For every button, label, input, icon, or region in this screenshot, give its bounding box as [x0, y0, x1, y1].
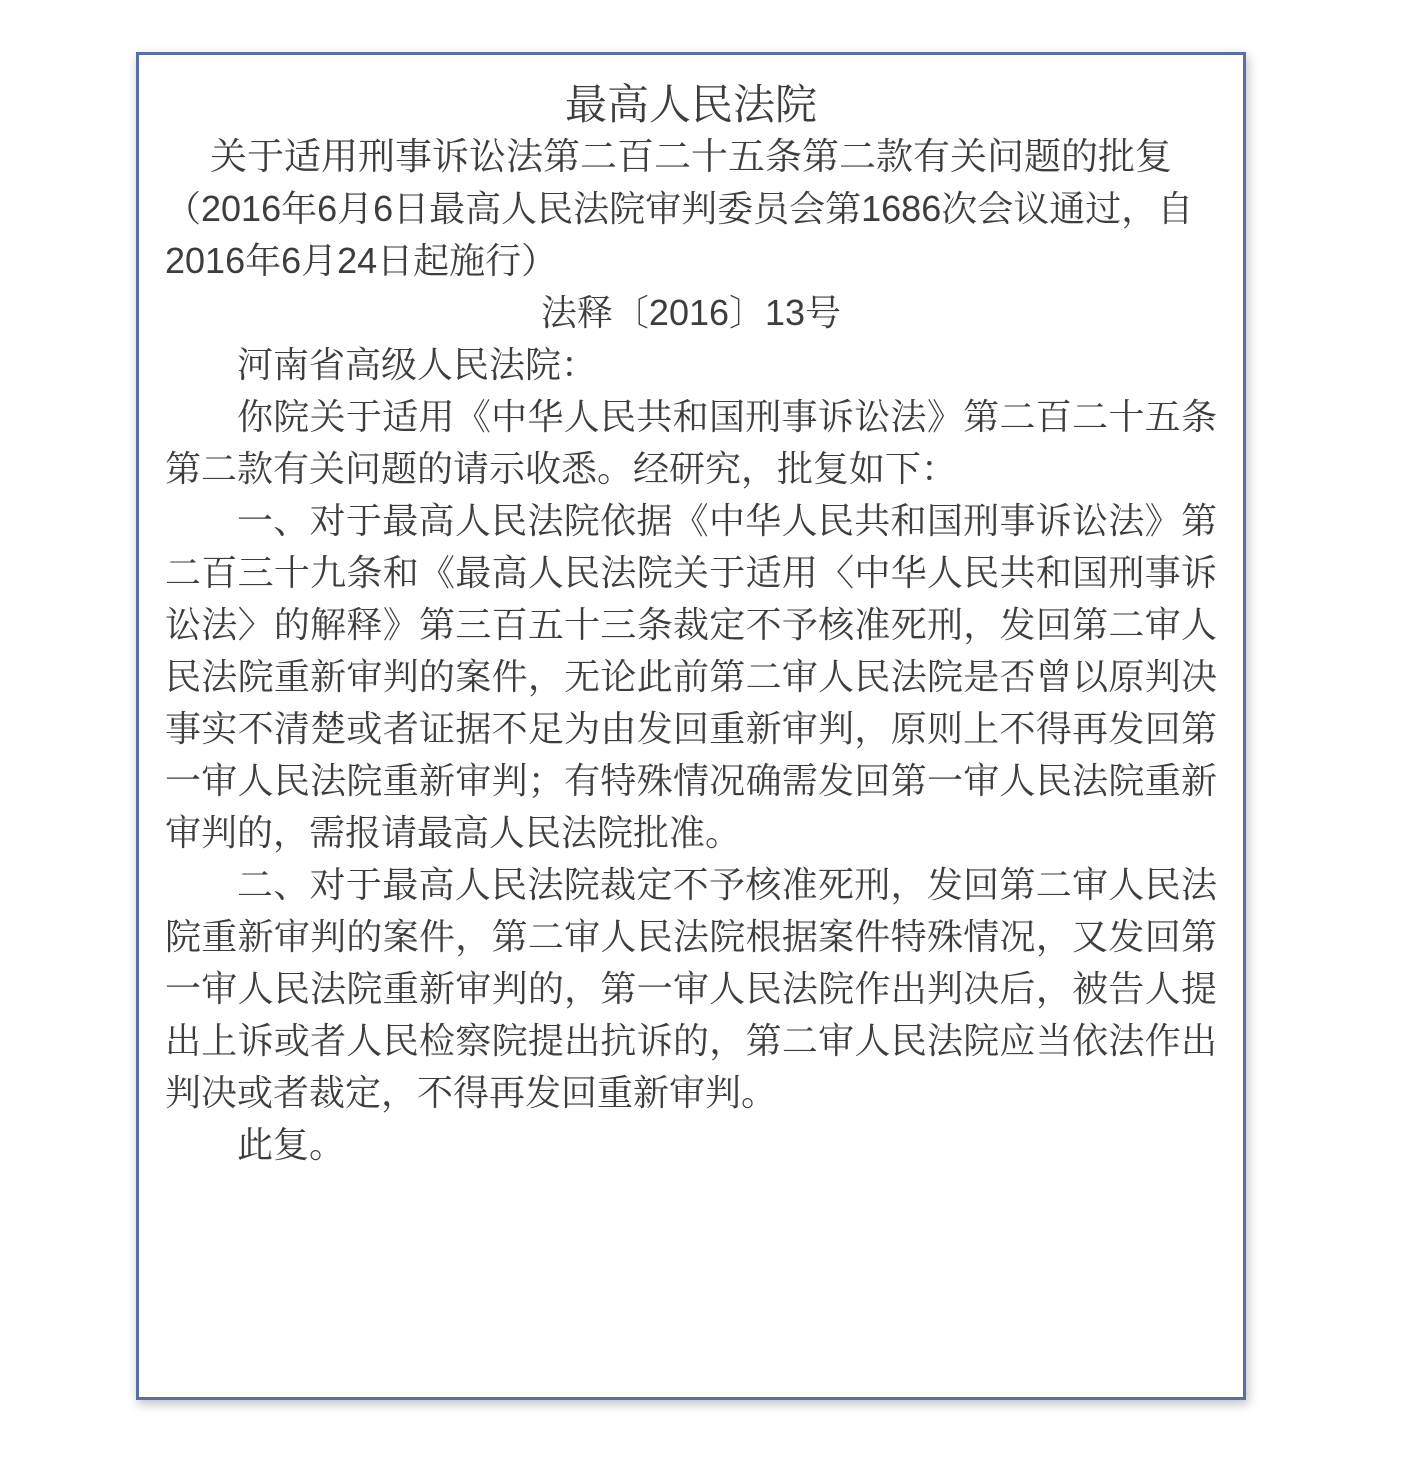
document-subtitle: 关于适用刑事诉讼法第二百二十五条第二款有关问题的批复 — [165, 131, 1217, 183]
document-page: { "document": { "title_line1": "最高人民法院",… — [0, 0, 1408, 1458]
document-number: 法释〔2016〕13号 — [165, 287, 1217, 339]
document-title: 最高人民法院 — [165, 79, 1217, 131]
paragraph-intro: 你院关于适用《中华人民共和国刑事诉讼法》第二百二十五条第二款有关问题的请示收悉。… — [165, 391, 1217, 495]
salutation: 河南省高级人民法院： — [165, 339, 1217, 391]
paragraph-item-1: 一、对于最高人民法院依据《中华人民共和国刑事诉讼法》第二百三十九条和《最高人民法… — [165, 495, 1217, 859]
legal-document-card: 最高人民法院 关于适用刑事诉讼法第二百二十五条第二款有关问题的批复 （2016年… — [136, 52, 1246, 1400]
paragraph-item-2: 二、对于最高人民法院裁定不予核准死刑，发回第二审人民法院重新审判的案件，第二审人… — [165, 859, 1217, 1119]
paragraph-closing: 此复。 — [165, 1119, 1217, 1171]
document-meta: （2016年6月6日最高人民法院审判委员会第1686次会议通过，自2016年6月… — [165, 183, 1217, 287]
